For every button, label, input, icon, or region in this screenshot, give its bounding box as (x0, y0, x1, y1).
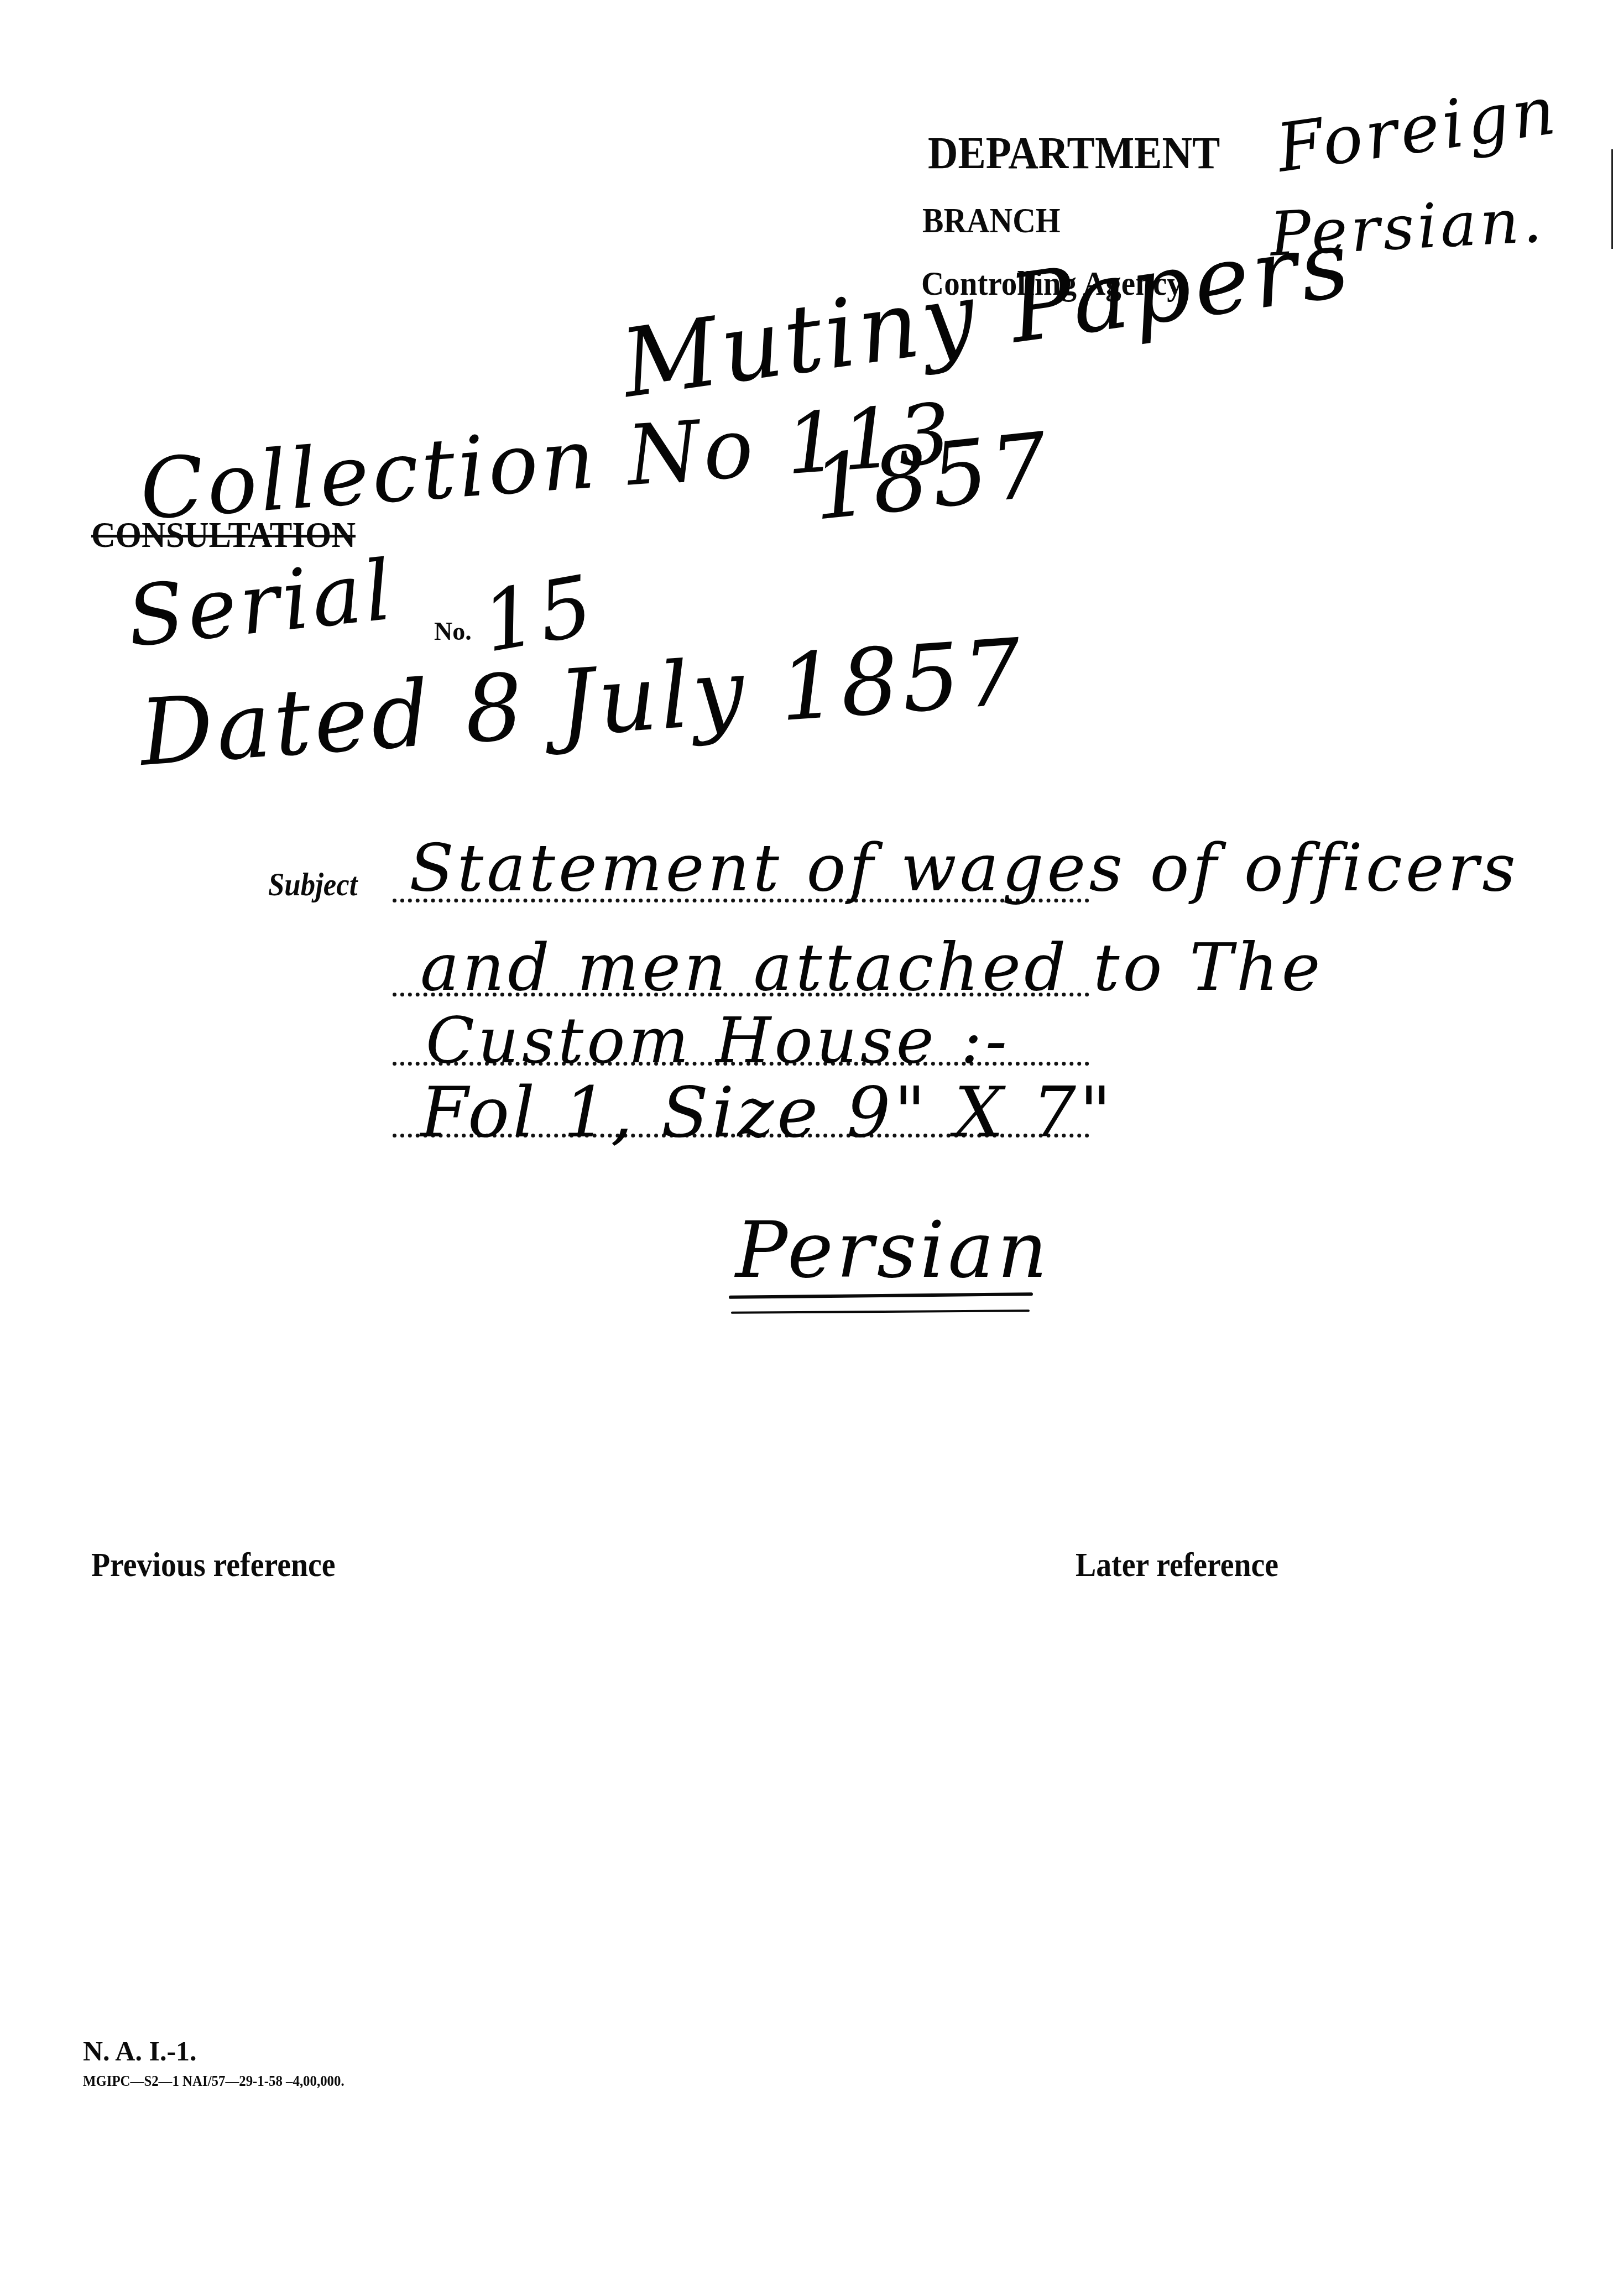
subject-line-3: Custom House :- (426, 1004, 1010, 1078)
print-line: MGIPC—S2—1 NAI/57—29-1-58 –4,00,000. (83, 2073, 344, 2090)
department-label: DEPARTMENT (928, 127, 1220, 179)
subject-line-1: Statement of wages of officers (409, 829, 1519, 906)
previous-reference-label: Previous reference (91, 1546, 336, 1585)
form-code: N. A. I.-1. (83, 2035, 197, 2067)
serial-no-label: No. (434, 617, 472, 646)
subject-line-4: Fol 1, Size 9" X 7" (420, 1073, 1115, 1153)
language-note-underline-2 (731, 1309, 1030, 1314)
later-reference-label: Later reference (1076, 1546, 1278, 1585)
subject-language-note: Persian (735, 1206, 1051, 1296)
branch-label: BRANCH (922, 200, 1061, 241)
document-page: DEPARTMENT Foreign BRANCH Persian. Contr… (0, 0, 1613, 2296)
department-value: Foreign (1272, 72, 1563, 187)
subject-line-2: and men attached to The (420, 929, 1324, 1005)
serial-handwritten-label: Serial (123, 542, 399, 666)
subject-label: Subject (268, 865, 357, 904)
